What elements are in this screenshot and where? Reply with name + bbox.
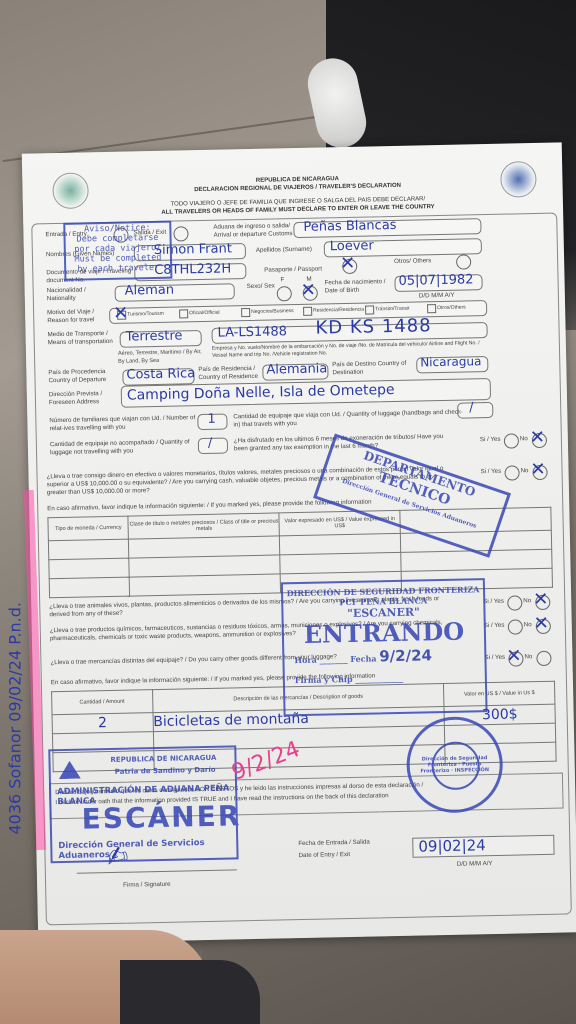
answer-checkmark-icon: ✕ <box>530 429 545 447</box>
signature-label[interactable]: Firma / Signature <box>123 881 171 890</box>
passport-checkmark-icon: ✕ <box>340 255 355 273</box>
no-label: No <box>524 653 532 661</box>
yes-label: Si / Yes <box>483 598 504 606</box>
margin-note: 4036 Sofanor 09/02/24 P.n.d. <box>6 505 25 835</box>
departure-value: Costa Rica <box>126 366 195 382</box>
yes-label: Si / Yes <box>484 654 505 662</box>
travelers-declaration-form: REPUBLICA DE NICARAGUA DECLARACION REGIO… <box>22 142 576 943</box>
entry-date-label-en: Date of Entry / Exit <box>298 851 350 860</box>
others-label: Otros/ Others <box>394 257 431 266</box>
answer-checkmark-icon: ✕ <box>533 591 548 609</box>
no-label: No <box>523 597 531 605</box>
stamp-line: ESCÁNER <box>81 799 241 835</box>
table-cell[interactable] <box>280 533 401 555</box>
firma-label: Firma y Chip <box>295 674 353 685</box>
vehicle-value: LA-LS1488 <box>217 324 287 340</box>
luggage-value: / <box>469 400 474 415</box>
triangle-emblem-icon <box>59 761 81 779</box>
no-label: No <box>520 467 528 475</box>
luggage-field[interactable] <box>457 402 493 419</box>
answer-checkmark-icon: ✕ <box>530 461 545 479</box>
reason-option-label: Tránsito/Transit <box>375 305 410 314</box>
relatives-value: 1 <box>207 412 216 427</box>
surname-label: Apellidos (Surname) <box>256 246 312 255</box>
address-label: Dirección Prevista / Foreseen Address <box>49 390 119 407</box>
reason-label: Motivo del Viaje / Reason for travel <box>47 308 117 325</box>
sex-m-checkmark-icon: ✕ <box>301 282 316 300</box>
reason-option-label: Residencia/Residencia <box>313 306 364 315</box>
departure-label: País de Procedencia Country of Departure <box>48 368 118 385</box>
destination-value: Nicaragua <box>420 354 481 369</box>
table-cell[interactable] <box>49 558 130 579</box>
table-cell[interactable] <box>130 574 281 596</box>
yes-label: Si / Yes <box>480 436 501 444</box>
customs-admin-stamp: REPUBLICA DE NICARAGUA Patria de Sandino… <box>48 745 238 863</box>
table-header: Tipo de moneda / Currency <box>48 516 129 541</box>
residence-label: País de Residencia / Country of Residenc… <box>198 365 262 382</box>
relatives-label: Número de familiares que viajan con Ud. … <box>49 414 199 433</box>
reason-checkbox[interactable] <box>241 308 250 317</box>
stamp-line: Patria de Sandino y Darío <box>115 766 216 776</box>
table-header: Clase de título o metales preciosos / Cl… <box>128 513 279 539</box>
reason-option-label: Oficial/Official <box>189 309 220 318</box>
entry-date-label: Fecha de Entrada / Salida <box>298 839 370 848</box>
customs-value: Peñas Blancas <box>303 218 396 235</box>
answer-checkmark-icon: ✕ <box>534 615 549 633</box>
stamp-line: ENTRANDO <box>284 617 485 649</box>
dob-label: Fecha de nacimiento / Date of Birth <box>324 278 394 295</box>
hora-label: Hora <box>294 655 317 665</box>
unaccompanied-label: Cantidad de equipaje no acompañado / Qua… <box>50 438 200 457</box>
customs-logo-icon <box>500 161 537 198</box>
yes-label: Si / Yes <box>480 468 501 476</box>
yes-label: Si / Yes <box>484 622 505 630</box>
fecha-label: Fecha <box>350 653 376 664</box>
transport-value: Terrestre <box>125 328 182 344</box>
dob-format: D/D M/M A/Y <box>419 292 455 301</box>
reason-checkmark-icon: ✕ <box>113 305 128 323</box>
unaccompanied-value: / <box>208 436 213 451</box>
reason-checkbox[interactable] <box>365 305 374 314</box>
notice-stamp: Aviso/Notice: Debe completarse por cada … <box>63 221 172 281</box>
reason-checkbox[interactable] <box>303 307 312 316</box>
table-header: Cantidad / Amount <box>52 690 153 715</box>
destination-label: País de Destino Country of Destination <box>332 360 412 378</box>
customs-label: Aduana de ingreso o salida/ Arrival or d… <box>213 222 293 240</box>
entry-date-value: 09|02|24 <box>418 836 486 855</box>
reason-option-label: Turismo/Tourism <box>127 310 164 319</box>
stamp-line: Dirección General de Servicios Aduaneros <box>58 837 236 861</box>
notice-line: by each traveler <box>66 263 170 275</box>
table-cell[interactable] <box>280 552 401 574</box>
reason-option-label: Otros/Others <box>437 303 466 312</box>
nationality-value: Aleman <box>125 283 175 299</box>
questions-list: ¿Ha disfrutado en los ultimos 6 meses de… <box>22 142 562 153</box>
answer-checkmark-icon: ✕ <box>506 647 521 665</box>
table-cell[interactable] <box>48 539 129 560</box>
no-label: No <box>520 435 528 443</box>
transport-hint: Aéreo, Terrestre, Maritimo / By Air, By … <box>118 348 208 366</box>
sleeve <box>120 960 260 1024</box>
passport-label: Pasaporte / Passport <box>264 265 322 274</box>
unaccompanied-field[interactable] <box>198 437 228 454</box>
sex-f-label: F <box>280 276 284 284</box>
no-label: No <box>524 621 532 629</box>
round-stamp-text: Dirección de Seguridad Fronteriza · Pues… <box>413 755 495 775</box>
dob-value: 05|07|1982 <box>398 272 473 289</box>
sex-label: Sexo/ Sex <box>247 282 277 291</box>
entry-date-format: D/D M/M A/Y <box>457 860 493 869</box>
reason-checkbox[interactable] <box>179 309 188 318</box>
nicaragua-coat-of-arms-icon <box>52 172 89 209</box>
transport-label: Medio de Transporte / Means of transport… <box>48 330 118 347</box>
table-cell[interactable]: 2 <box>52 713 153 734</box>
reason-options: ✕Turismo/TourismOficial/OfficialNegocios… <box>22 142 562 153</box>
reason-option-label: Negocios/Business <box>251 307 294 316</box>
vehicle-value-extra: KD KS 1488 <box>315 315 432 338</box>
stamp-line: REPUBLICA DE NICARAGUA <box>110 754 216 764</box>
border-security-stamp: DIRECCIÓN DE SEGURIDAD FRONTERIZA PCF PE… <box>281 578 488 716</box>
table-cell[interactable] <box>49 577 130 598</box>
nationality-label: Nacionalidad / Nationality <box>47 286 107 303</box>
residence-value: Alemania <box>266 361 327 377</box>
reason-checkbox[interactable] <box>427 304 436 313</box>
fecha-value: 9/2/24 <box>379 646 432 665</box>
